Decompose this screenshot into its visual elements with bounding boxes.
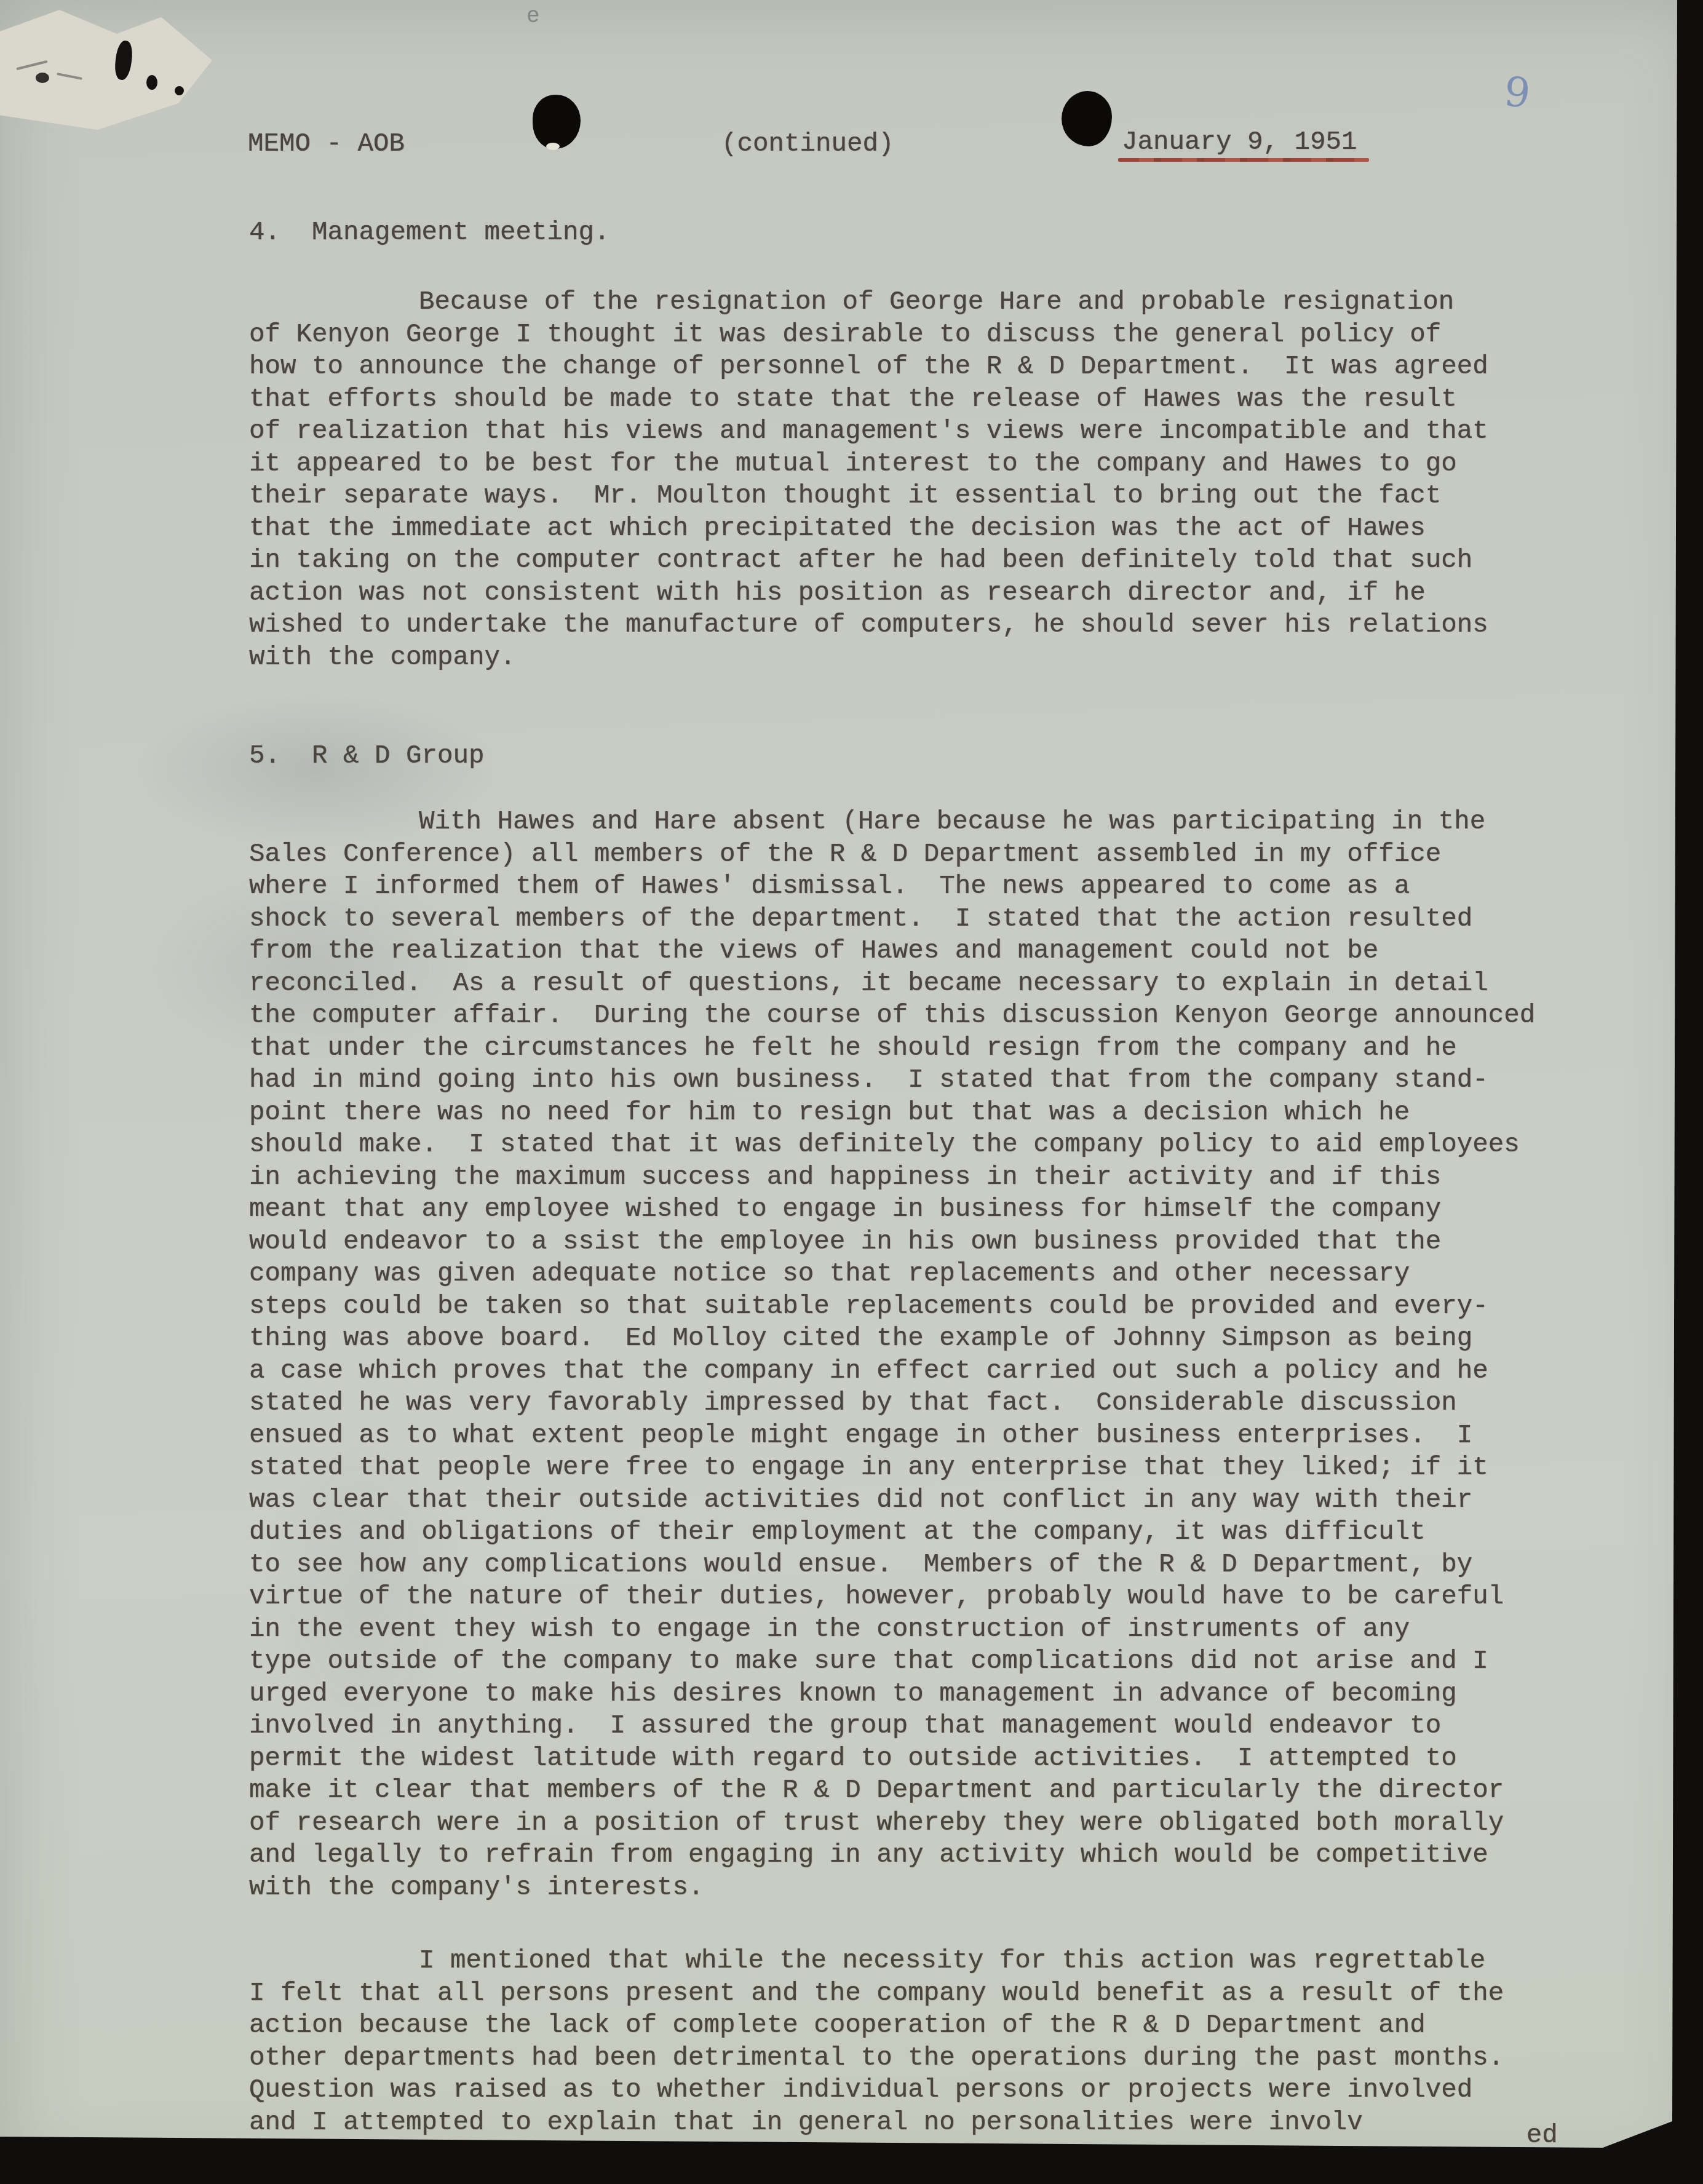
date-red-underline [1118, 158, 1369, 162]
scanned-memo-page: e 9 MEMO - AOB (continued) January 9, 19… [0, 0, 1703, 2184]
closing-paragraph-text: I mentioned that while the necessity for… [249, 1946, 1504, 2137]
date-label: January 9, 1951 [1122, 126, 1357, 159]
closing-paragraph: I mentioned that while the necessity for… [249, 1945, 1564, 2138]
dropped-typed-suffix: ed [1357, 2119, 1558, 2152]
continued-label: (continued) [721, 128, 894, 161]
hole-punch-paper-chip [546, 143, 560, 150]
memo-type-label: MEMO - AOB [248, 128, 405, 161]
paper-sheet: e 9 MEMO - AOB (continued) January 9, 19… [0, 0, 1703, 2184]
ink-blot-mark [146, 75, 157, 90]
ink-blot-mark [175, 86, 184, 95]
page-number-pencil: 9 [1502, 68, 1533, 117]
section-5-paragraph: With Hawes and Hare absent (Hare because… [249, 806, 1535, 1904]
hole-punch-mark-right [1062, 91, 1112, 146]
section-heading-4: 4. Management meeting. [249, 216, 610, 249]
section-4-paragraph: Because of the resignation of George Har… [249, 286, 1488, 673]
stray-typed-character: e [526, 4, 540, 29]
ink-blot-mark [36, 73, 49, 83]
hole-punch-mark-left [533, 95, 581, 149]
torn-corner-artifact [0, 10, 212, 130]
section-heading-5: 5. R & D Group [249, 740, 485, 772]
